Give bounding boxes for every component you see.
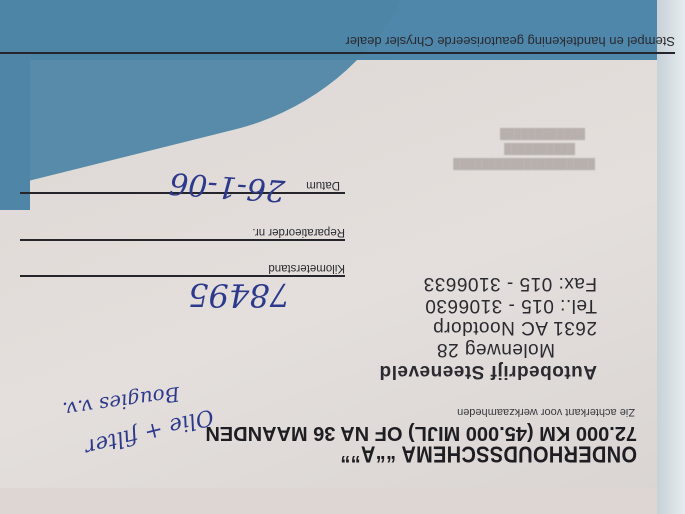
repair-order-line <box>20 239 345 241</box>
dealer-street: Molenweg 28 <box>436 338 555 360</box>
schedule-interval: 72.000 KM (45.000 MIJL) OF NA 36 MAANDEN <box>205 421 637 444</box>
mileage-line <box>20 275 345 277</box>
see-back-note: Zie achterkant voor werkzaamheden <box>457 406 635 418</box>
dealer-city: 2631 AC Nootdorp <box>433 316 597 338</box>
bleed-through-text: ████████████ <box>500 128 585 139</box>
date-value: 26-1-06 <box>168 165 286 208</box>
dealer-name: Autobedrijf Steeneveld <box>379 360 597 382</box>
dealer-phone: Tel.: 015 - 3106630 <box>425 294 597 316</box>
service-booklet-page: ONDERHOUDSSCHEMA ““A”” 72.000 KM (45.000… <box>0 0 685 514</box>
signature-label: Stempel en handtekening geautoriseerde C… <box>345 34 675 49</box>
dealer-fax: Fax: 015 - 3106633 <box>423 272 597 294</box>
bleed-through-text: ██████████ <box>504 143 575 154</box>
repair-order-label: Reparatieorder nr. <box>252 226 345 238</box>
mileage-label: Kilometerstand <box>268 262 345 274</box>
mileage-value: 78495 <box>188 276 290 314</box>
bleed-through-text: ████████████████████ <box>453 158 595 169</box>
date-label: Datum <box>306 179 340 191</box>
signature-line <box>0 52 675 54</box>
